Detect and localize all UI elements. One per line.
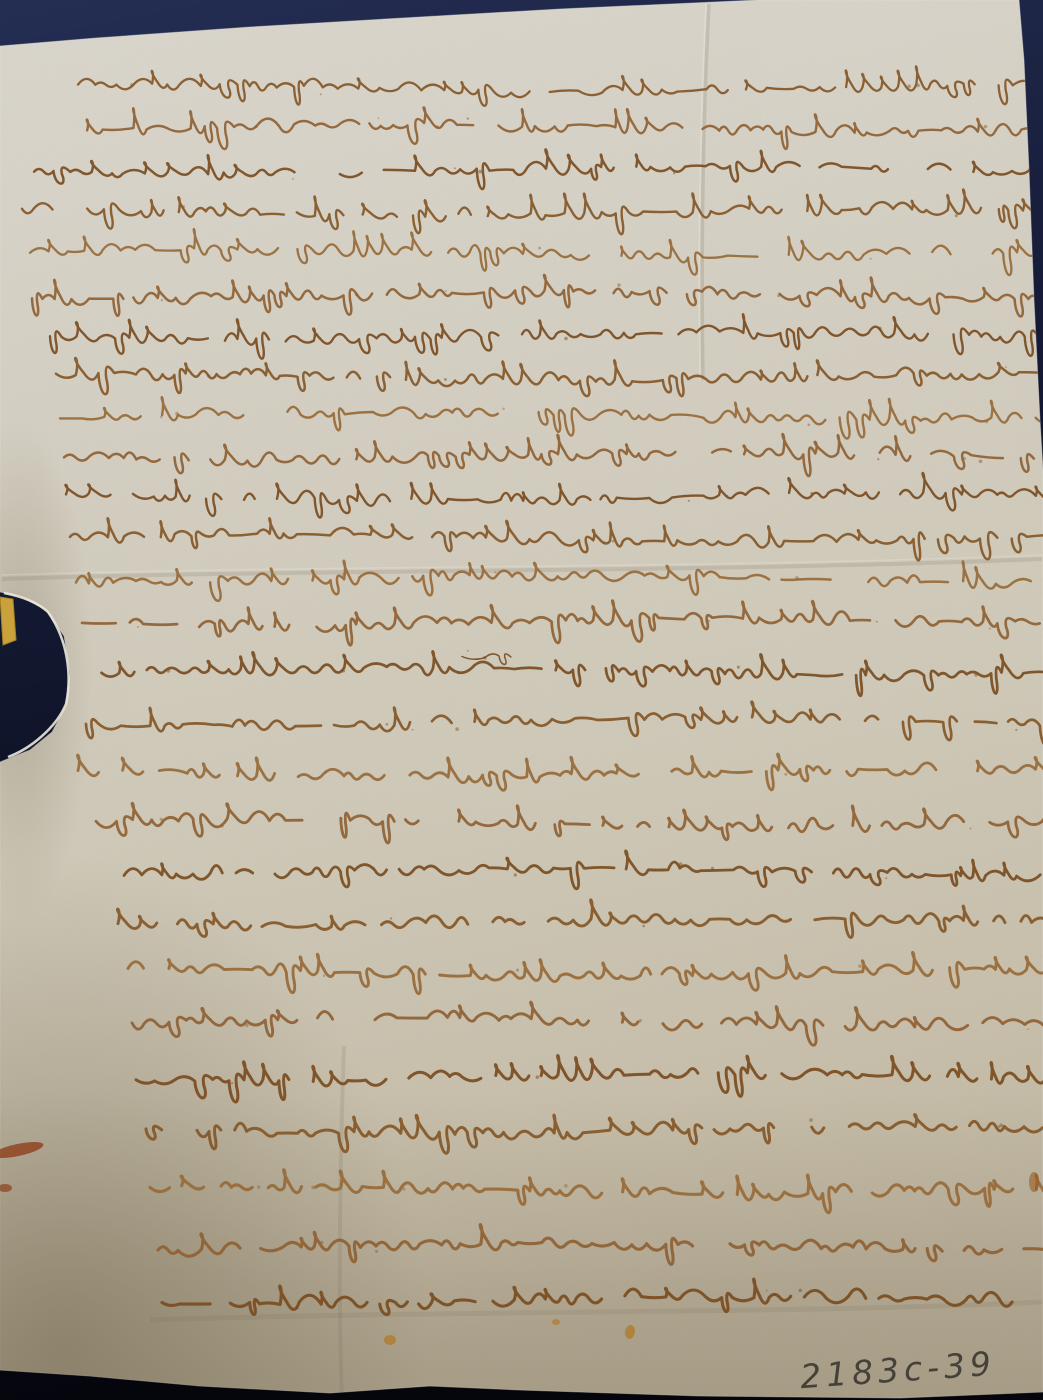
ink-speck — [320, 1241, 323, 1244]
ink-speck — [810, 492, 813, 495]
ink-speck — [999, 1123, 1003, 1127]
ink-speck — [454, 167, 456, 169]
ink-speck — [807, 423, 810, 426]
ink-speck — [878, 327, 882, 331]
ink-speck — [478, 170, 482, 174]
ink-speck — [688, 500, 690, 502]
ink-speck — [885, 877, 887, 879]
ink-speck — [617, 283, 620, 286]
ink-speck — [137, 626, 139, 628]
ink-speck — [378, 117, 380, 119]
ink-speck — [969, 827, 971, 829]
ink-speck — [467, 650, 469, 652]
ink-speck — [161, 299, 163, 301]
ink-speck — [316, 333, 318, 335]
ink-speck — [784, 773, 787, 776]
ink-speck — [231, 1082, 233, 1084]
ink-speck — [707, 620, 710, 623]
ink-speck — [870, 258, 872, 260]
ink-speck — [809, 1068, 811, 1070]
ink-speck — [1027, 1028, 1029, 1030]
ink-speck — [673, 172, 675, 174]
ink-speck — [679, 862, 683, 866]
ink-speck — [320, 93, 322, 95]
ink-speck — [916, 84, 920, 88]
yellow-tab — [0, 597, 16, 645]
ink-speck — [412, 729, 414, 731]
ink-speck — [390, 917, 392, 919]
ink-speck — [985, 420, 989, 424]
ink-speck — [467, 117, 469, 119]
ink-speck — [355, 293, 358, 296]
ink-speck — [989, 628, 991, 630]
ink-speck — [221, 825, 224, 828]
ink-speck — [612, 540, 615, 543]
ink-speck — [1005, 366, 1007, 368]
ink-speck — [375, 1250, 378, 1253]
ink-speck — [311, 1186, 315, 1190]
ink-speck — [175, 412, 179, 416]
ink-speck — [502, 408, 504, 410]
ink-speck — [455, 727, 459, 731]
ink-speck — [877, 458, 879, 460]
ink-speck — [342, 573, 345, 576]
ink-speck — [638, 714, 640, 716]
ink-speck — [795, 576, 799, 580]
ink-speck — [470, 778, 472, 780]
ink-speck — [257, 1185, 260, 1188]
ink-speck — [494, 571, 496, 573]
ink-speck — [386, 723, 389, 726]
ink-speck — [445, 290, 447, 292]
ink-speck — [167, 669, 170, 672]
ink-speck — [325, 771, 328, 774]
ink-speck — [516, 969, 519, 972]
ink-speck — [876, 621, 878, 623]
ink-speck — [130, 83, 133, 86]
ink-speck — [182, 205, 185, 208]
ink-speck — [573, 1301, 575, 1303]
manuscript-image: 2183c-39 — [0, 0, 1043, 1400]
ink-speck — [639, 1019, 642, 1022]
ink-speck — [538, 247, 541, 250]
ink-speck — [564, 1184, 568, 1188]
ink-speck — [372, 867, 374, 869]
ink-speck — [737, 666, 740, 669]
ink-speck — [711, 867, 714, 870]
ink-speck — [483, 656, 487, 660]
ink-speck — [777, 294, 780, 297]
ink-speck — [207, 374, 210, 377]
ink-stain — [384, 1335, 396, 1345]
ink-speck — [963, 457, 966, 460]
ink-speck — [799, 1289, 803, 1293]
ink-speck — [642, 925, 645, 928]
ink-stain — [552, 1319, 560, 1325]
ink-speck — [633, 336, 635, 338]
ink-speck — [974, 673, 978, 677]
ink-speck — [858, 964, 862, 968]
ink-speck — [955, 214, 958, 217]
ink-speck — [809, 1118, 813, 1122]
ink-speck — [727, 495, 729, 497]
ink-speck — [444, 378, 447, 381]
ink-stain — [1029, 1172, 1039, 1192]
ink-speck — [979, 459, 983, 463]
ink-speck — [907, 84, 911, 88]
ink-speck — [402, 1188, 405, 1191]
ink-speck — [564, 337, 568, 341]
ink-speck — [514, 873, 517, 876]
ink-speck — [160, 818, 163, 821]
ink-speck — [766, 1290, 768, 1292]
ink-speck — [603, 541, 605, 543]
ink-speck — [984, 125, 988, 129]
ink-speck — [245, 1024, 248, 1027]
ink-speck — [1015, 729, 1017, 731]
ink-speck — [436, 125, 439, 128]
ink-speck — [295, 1306, 298, 1309]
ink-speck — [255, 125, 258, 128]
ink-speck — [536, 1075, 540, 1079]
ink-speck — [639, 381, 641, 383]
ink-speck — [160, 416, 162, 418]
ink-speck — [323, 974, 325, 976]
photo-of-manuscript: 2183c-39 — [0, 0, 1043, 1400]
ink-speck — [342, 669, 345, 672]
ink-speck — [292, 178, 294, 180]
